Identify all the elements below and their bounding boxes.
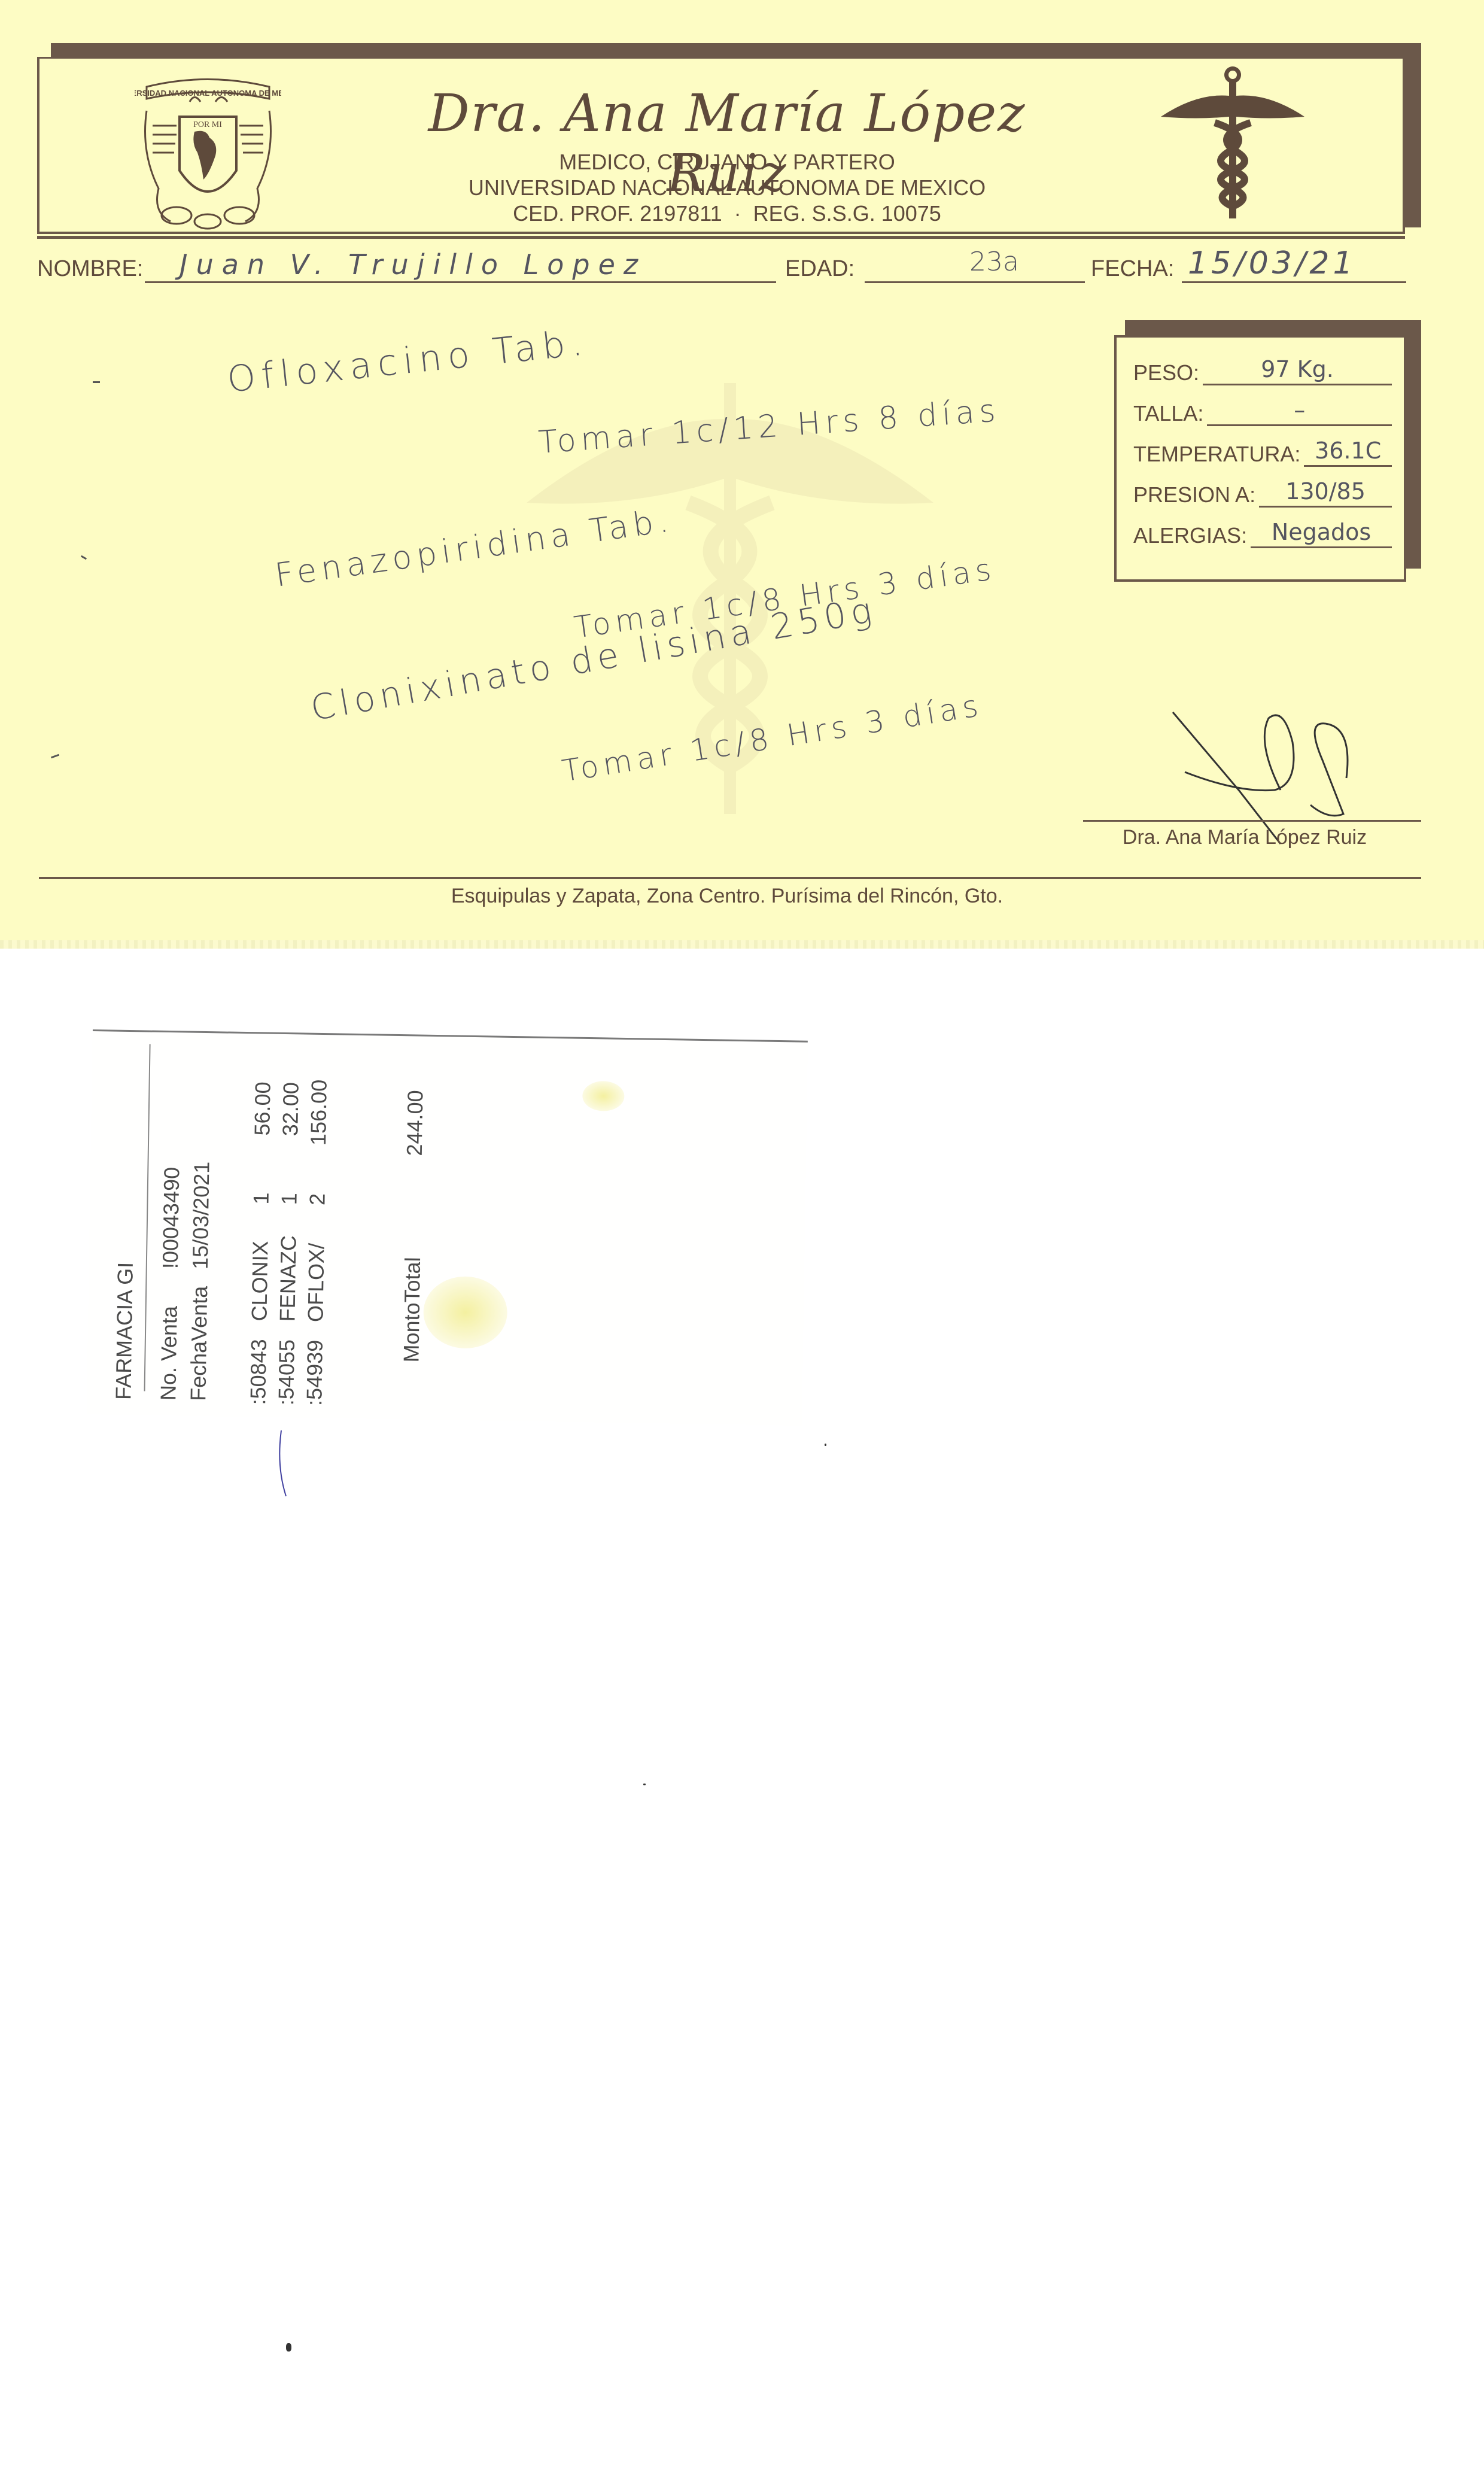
name-label: NOMBRE: <box>37 256 143 282</box>
unam-coat-of-arms-icon: UNIVERSIDAD NACIONAL AUTONOMA DE MEXICO … <box>135 69 281 233</box>
clinic-address: Esquipulas y Zapata, Zona Centro. Purísi… <box>0 885 1454 908</box>
receipt-item-row: :50843 CLONIX 1 56.00 <box>87 1031 93 1414</box>
sale-date-value: 15/03/2021 <box>188 1161 215 1269</box>
footer-rule <box>39 877 1421 879</box>
age-underline <box>865 281 1085 283</box>
caduceus-icon <box>1155 63 1310 221</box>
sale-no-value: !00043490 <box>158 1167 185 1269</box>
credentials-text: CED. PROF. 2197811 · REG. S.S.G. 10075 <box>395 201 1059 226</box>
name-underline <box>145 281 776 283</box>
specialty-text: MEDICO, CIRUJANO Y PARTERO <box>395 150 1059 175</box>
date-field: 15/03/21 <box>1188 245 1357 281</box>
university-text: UNIVERSIDAD NACIONAL AUTONOMA DE MEXICO <box>395 175 1059 200</box>
date-label: FECHA: <box>1091 256 1174 282</box>
allergies-field: Negados <box>1251 520 1392 548</box>
bullet-mark <box>51 754 59 759</box>
signature-line <box>1083 820 1421 822</box>
sale-no-label: No. Venta <box>156 1306 182 1401</box>
date-underline <box>1182 281 1406 283</box>
age-field: 23a <box>969 247 1019 277</box>
vital-allergies: ALERGIAS: Negados <box>1133 512 1392 548</box>
receipt-item-row: :54055 FENAZC 1 32.00 <box>87 1031 93 1414</box>
receipt-item-row: :54939 OFLOX/ 2 156.00 <box>87 1031 93 1414</box>
prescription-sheet: UNIVERSIDAD NACIONAL AUTONOMA DE MEXICO … <box>0 0 1484 949</box>
bullet-mark <box>93 381 100 383</box>
total-label: MontoTotal <box>399 1257 425 1363</box>
patient-name-field: Juan V. Trujillo Lopez <box>180 248 646 281</box>
scan-speck <box>286 2343 291 2352</box>
sale-date-label: FechaVenta <box>185 1286 212 1401</box>
receipt-divider <box>144 1044 151 1391</box>
vital-height: TALLA: – <box>1133 390 1392 426</box>
scan-speck <box>825 1444 826 1446</box>
weight-field: 97 Kg. <box>1203 357 1392 385</box>
total-value: 244.00 <box>402 1090 428 1156</box>
svg-text:UNIVERSIDAD NACIONAL AUTONOMA: UNIVERSIDAD NACIONAL AUTONOMA DE MEXICO <box>135 89 281 98</box>
receipt-store-name: FARMACIA GI <box>111 1262 138 1400</box>
age-label: EDAD: <box>785 256 854 282</box>
height-field: – <box>1207 398 1392 426</box>
pressure-field: 130/85 <box>1259 479 1392 508</box>
vital-weight: PESO: 97 Kg. <box>1133 350 1392 385</box>
temperature-field: 36.1C <box>1304 439 1392 467</box>
pharmacy-receipt: FARMACIA GI No. Venta !00043490 FechaVen… <box>87 1029 808 1426</box>
vital-pressure: PRESION A: 130/85 <box>1133 472 1392 508</box>
vitals-box: PESO: 97 Kg. TALLA: – TEMPERATURA: 36.1C… <box>1114 335 1406 582</box>
scan-speck <box>643 1784 646 1785</box>
pen-stroke-icon <box>275 1430 299 1502</box>
svg-text:POR MI: POR MI <box>193 120 222 129</box>
receipt-content: FARMACIA GI No. Venta !00043490 FechaVen… <box>87 1031 808 1426</box>
vital-temperature: TEMPERATURA: 36.1C <box>1133 431 1392 467</box>
signature-name: Dra. Ana María López Ruiz <box>1083 826 1406 849</box>
bullet-mark <box>81 555 87 560</box>
